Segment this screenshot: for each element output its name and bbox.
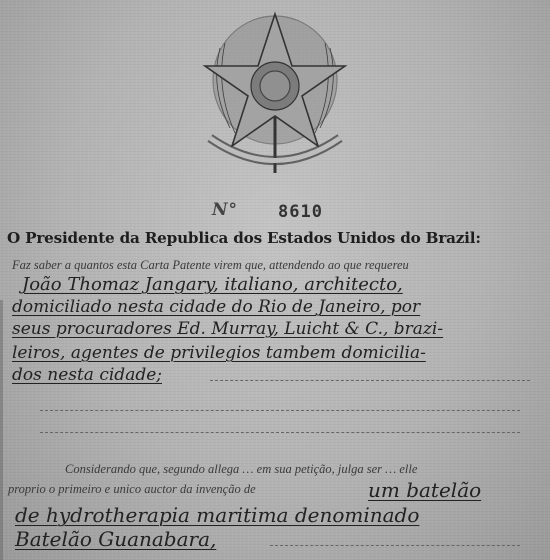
page-title: O Presidente da Republica dos Estados Un… — [7, 229, 550, 247]
page-edge — [0, 300, 3, 560]
invention-line-3: Batelão Guanabara, — [15, 527, 216, 551]
handwritten-line-5: dos nesta cidade; — [12, 365, 162, 385]
invention-line-1: um batelão — [368, 478, 481, 502]
coat-of-arms-icon — [200, 8, 350, 178]
number-prefix: N° — [212, 200, 238, 220]
handwritten-line-1: João Thomaz Jangary, italiano, architect… — [22, 274, 403, 295]
filler-dashes — [270, 545, 520, 547]
number-value: 8610 — [278, 202, 323, 222]
patent-document: N° 8610 O Presidente da Republica dos Es… — [0, 0, 550, 560]
filler-dashes — [40, 432, 520, 434]
handwritten-line-3: seus procuradores Ed. Murray, Luicht & C… — [12, 319, 443, 339]
handwritten-line-4: leiros, agentes de privilegios tambem do… — [12, 343, 426, 363]
invention-line-2: de hydrotherapia maritima denominado — [15, 503, 419, 527]
printed-auctor: proprio o primeiro e unico auctor da inv… — [8, 482, 256, 497]
printed-intro: Faz saber a quantos esta Carta Patente v… — [12, 258, 409, 273]
document-number: N° 8610 — [200, 200, 380, 224]
handwritten-line-2: domiciliado nesta cidade do Rio de Janei… — [12, 297, 420, 317]
filler-dashes — [210, 380, 530, 382]
filler-dashes — [40, 410, 520, 412]
printed-considerando: Considerando que, segundo allega … em su… — [65, 462, 417, 477]
